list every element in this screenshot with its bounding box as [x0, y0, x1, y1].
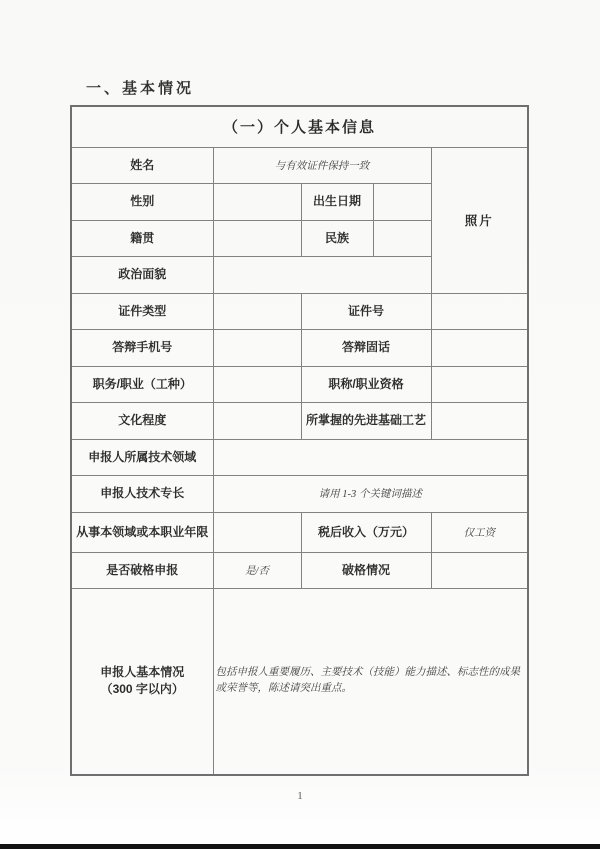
applicant-profile-label-line2: （300 字以内） — [74, 681, 211, 698]
field-label-exceptional-details: 破格情况 — [301, 552, 431, 589]
field-value-years-in-field — [213, 512, 301, 552]
field-value-defense-mobile — [213, 330, 301, 367]
field-value-position — [213, 366, 301, 403]
field-label-birth-date: 出生日期 — [301, 184, 373, 221]
field-label-id-number: 证件号 — [301, 293, 431, 330]
field-label-education: 文化程度 — [71, 403, 213, 440]
section-title: 一、基本情况 — [86, 77, 194, 98]
field-label-gender: 性别 — [71, 184, 213, 221]
field-value-birth-date — [373, 184, 431, 221]
field-label-name: 姓名 — [71, 147, 213, 184]
field-value-gender — [213, 184, 301, 221]
field-label-defense-mobile: 答辩手机号 — [71, 330, 213, 367]
field-value-defense-landline — [431, 330, 528, 367]
field-label-advanced-craft: 所掌握的先进基础工艺 — [301, 403, 431, 440]
field-label-native-place: 籍贯 — [71, 220, 213, 257]
field-value-political-status — [213, 257, 431, 294]
personal-info-table: （一）个人基本信息 姓名 与有效证件保持一致 照片 性别 出生日期 籍贯 民族 … — [70, 105, 529, 776]
field-value-id-number — [431, 293, 528, 330]
applicant-profile-label-line1: 申报人基本情况 — [74, 664, 211, 681]
field-hint-exceptional-application: 是/否 — [213, 552, 301, 589]
field-label-applicant-profile: 申报人基本情况 （300 字以内） — [71, 589, 213, 775]
field-value-education — [213, 403, 301, 440]
field-label-political-status: 政治面貌 — [71, 257, 213, 294]
field-hint-name: 与有效证件保持一致 — [213, 147, 431, 184]
table-header: （一）个人基本信息 — [71, 106, 528, 147]
field-value-advanced-craft — [431, 403, 528, 440]
field-label-years-in-field: 从事本领域或本职业年限 — [71, 512, 213, 552]
field-hint-after-tax-income: 仅工资 — [431, 512, 528, 552]
scanned-page: 一、基本情况 （一）个人基本信息 姓名 与有效证件保持一致 照片 性别 出生日期… — [0, 0, 600, 849]
field-value-ethnicity — [373, 220, 431, 257]
field-value-title-qualification — [431, 366, 528, 403]
field-hint-applicant-profile: 包括申报人重要履历、主要技术（技能）能力描述、标志性的成果或荣誉等，陈述请突出重… — [213, 589, 528, 775]
field-label-tech-specialty: 申报人技术专长 — [71, 476, 213, 513]
field-value-tech-field — [213, 439, 528, 476]
field-value-id-type — [213, 293, 301, 330]
field-label-title-qualification: 职称/职业资格 — [301, 366, 431, 403]
scan-edge-bar — [0, 844, 600, 849]
page-number: 1 — [0, 790, 600, 802]
field-hint-tech-specialty: 请用 1-3 个关键词描述 — [213, 476, 528, 513]
field-label-exceptional-application: 是否破格申报 — [71, 552, 213, 589]
field-value-native-place — [213, 220, 301, 257]
field-label-tech-field: 申报人所属技术领域 — [71, 439, 213, 476]
field-label-after-tax-income: 税后收入（万元） — [301, 512, 431, 552]
field-label-position: 职务/职业（工种） — [71, 366, 213, 403]
field-value-exceptional-details — [431, 552, 528, 589]
field-label-ethnicity: 民族 — [301, 220, 373, 257]
field-label-defense-landline: 答辩固话 — [301, 330, 431, 367]
field-label-id-type: 证件类型 — [71, 293, 213, 330]
photo-placeholder: 照片 — [431, 147, 528, 293]
